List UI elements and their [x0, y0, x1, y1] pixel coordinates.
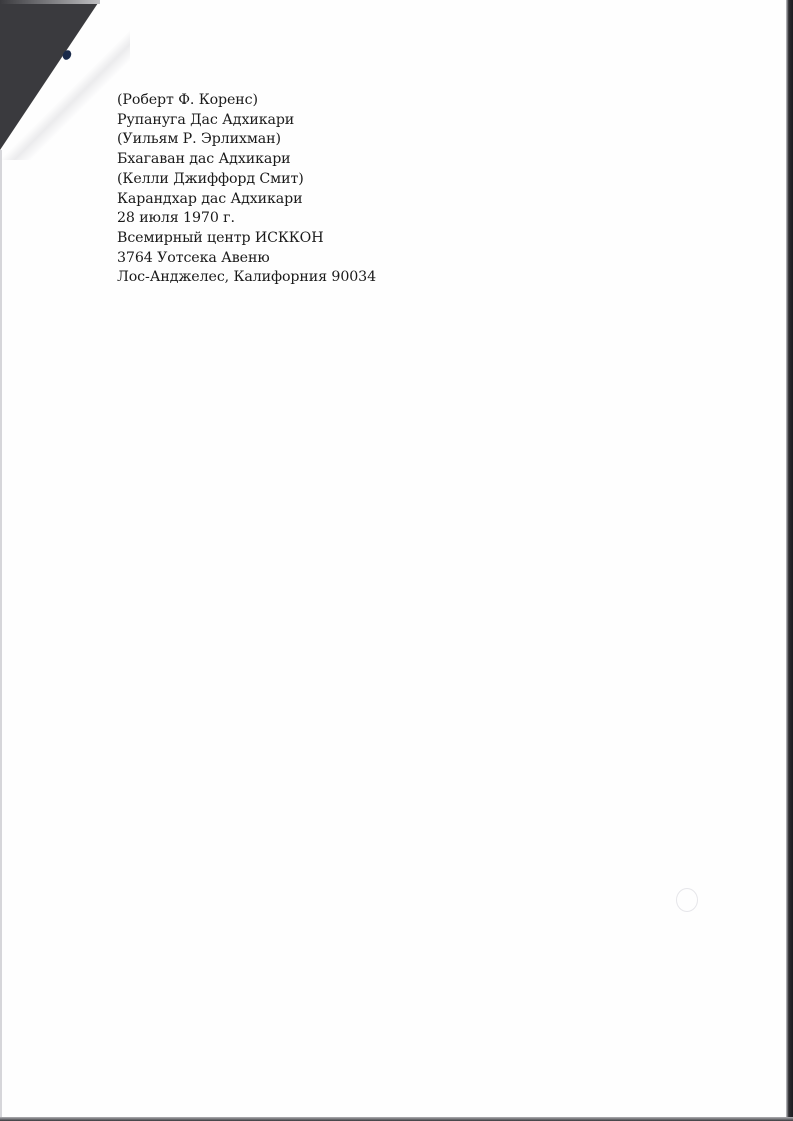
- name-line-karandhar: Карандхар дас Адхикари: [117, 190, 376, 210]
- signature-address-block: (Роберт Ф. Коренс) Рупануга Дас Адхикари…: [117, 91, 376, 288]
- name-line-william-erlichman: (Уильям Р. Эрлихман): [117, 130, 376, 150]
- name-line-bhagavan: Бхагаван дас Адхикари: [117, 150, 376, 170]
- street-address-line: 3764 Уотсека Авеню: [117, 249, 376, 269]
- page-left-edge: [0, 150, 2, 1121]
- name-line-rupanuga: Рупануга Дас Адхикари: [117, 111, 376, 131]
- scanned-page: (Роберт Ф. Коренс) Рупануга Дас Адхикари…: [0, 0, 793, 1121]
- page-right-edge: [786, 0, 793, 1121]
- city-address-line: Лос-Анджелес, Калифорния 90034: [117, 268, 376, 288]
- faint-circle-mark: [676, 888, 698, 912]
- scanner-top-edge: [0, 0, 100, 4]
- date-line: 28 июля 1970 г.: [117, 209, 376, 229]
- page-bottom-edge: [0, 1117, 793, 1121]
- scanner-corner-shadow: [0, 0, 100, 150]
- organization-line: Всемирный центр ИСККОН: [117, 229, 376, 249]
- name-line-kelly-smith: (Келли Джиффорд Смит): [117, 170, 376, 190]
- name-line-robert-corens: (Роберт Ф. Коренс): [117, 91, 376, 111]
